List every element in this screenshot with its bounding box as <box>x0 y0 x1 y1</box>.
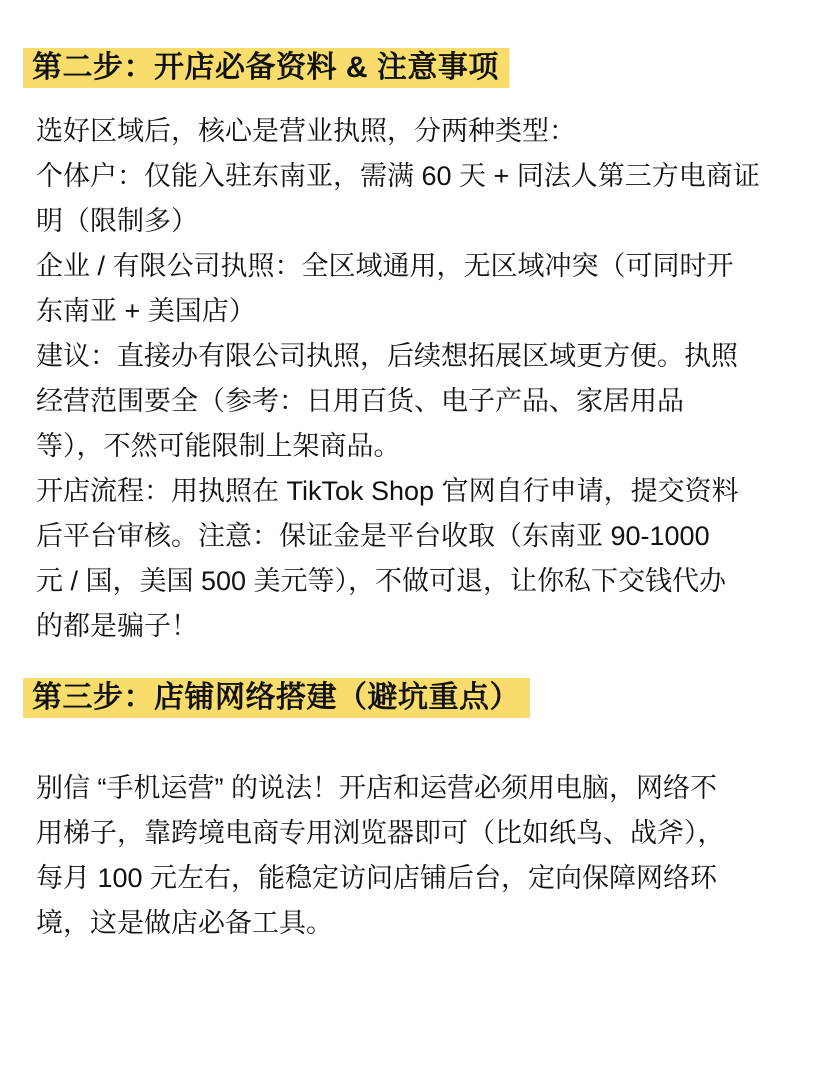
body-line: 等），不然可能限制上架商品。 <box>36 424 788 469</box>
note-page: 第二步：开店必备资料 & 注意事项 选好区域后，核心是营业执照，分两种类型： 个… <box>0 0 828 1090</box>
body-line: 开店流程：用执照在 TikTok Shop 官网自行申请，提交资料 <box>36 469 788 514</box>
body-line: 选好区域后，核心是营业执照，分两种类型： <box>36 109 788 154</box>
section-step2: 第二步：开店必备资料 & 注意事项 选好区域后，核心是营业执照，分两种类型： 个… <box>36 48 788 649</box>
body-line: 个体户：仅能入驻东南亚，需满 60 天 + 同法人第三方电商证 <box>36 154 788 199</box>
section-step3-heading-row: 第三步：店铺网络搭建（避坑重点） <box>36 678 788 718</box>
section-step3: 第三步：店铺网络搭建（避坑重点） 别信 “手机运营” 的说法！开店和运营必须用电… <box>36 678 788 946</box>
section-step2-heading: 第二步：开店必备资料 & 注意事项 <box>23 48 509 88</box>
body-line: 的都是骗子！ <box>36 604 788 649</box>
body-line: 用梯子，靠跨境电商专用浏览器即可（比如纸鸟、战斧）， <box>36 811 788 856</box>
section-step3-body: 别信 “手机运营” 的说法！开店和运营必须用电脑，网络不 用梯子，靠跨境电商专用… <box>36 766 788 946</box>
body-line: 后平台审核。注意：保证金是平台收取（东南亚 90-1000 <box>36 514 788 559</box>
body-line: 企业 / 有限公司执照：全区域通用，无区域冲突（可同时开 <box>36 244 788 289</box>
section-step2-body: 选好区域后，核心是营业执照，分两种类型： 个体户：仅能入驻东南亚，需满 60 天… <box>36 109 788 649</box>
body-line: 建议：直接办有限公司执照，后续想拓展区域更方便。执照 <box>36 334 788 379</box>
body-line: 元 / 国，美国 500 美元等），不做可退，让你私下交钱代办 <box>36 559 788 604</box>
body-line: 别信 “手机运营” 的说法！开店和运营必须用电脑，网络不 <box>36 766 788 811</box>
body-line: 每月 100 元左右，能稳定访问店铺后台，定向保障网络环 <box>36 856 788 901</box>
section-step2-heading-row: 第二步：开店必备资料 & 注意事项 <box>36 48 788 88</box>
body-line: 境，这是做店必备工具。 <box>36 901 788 946</box>
section-step3-heading: 第三步：店铺网络搭建（避坑重点） <box>23 678 530 718</box>
body-line: 经营范围要全（参考：日用百货、电子产品、家居用品 <box>36 379 788 424</box>
body-line: 明（限制多） <box>36 199 788 244</box>
body-line: 东南亚 + 美国店） <box>36 289 788 334</box>
